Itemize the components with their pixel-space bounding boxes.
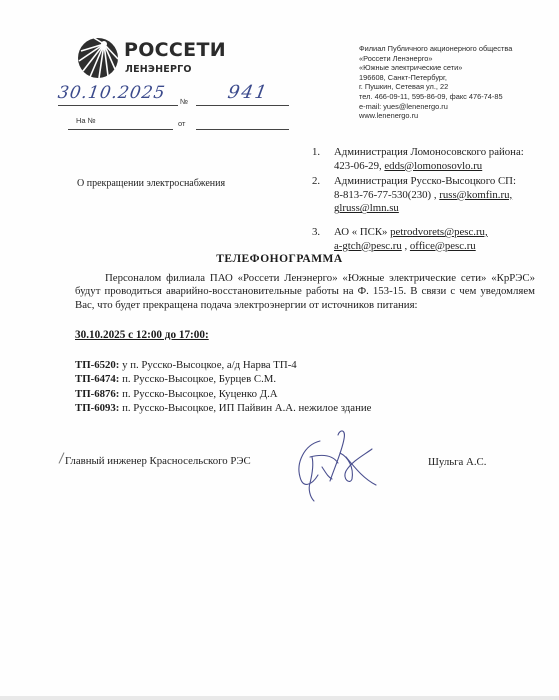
page-bottom-edge <box>0 696 559 700</box>
subject-line: О прекращении электроснабжения <box>77 178 225 189</box>
sender-line: 196608, Санкт-Петербург, <box>359 73 549 83</box>
substation-item: ТП-6520: у п. Русско-Высоцкое, а/д Нарва… <box>75 358 371 372</box>
in-reply-label: На № <box>76 116 96 125</box>
document-title: ТЕЛЕФОНОГРАММА <box>0 253 559 265</box>
handwritten-number: 941 <box>226 82 270 103</box>
body-paragraph: Персоналом филиала ПАО «Россети Ленэнерг… <box>75 272 535 312</box>
recipient-item: 2. Администрация Русско-Высоцкого СП: 8-… <box>312 175 542 216</box>
date-underline <box>58 105 178 106</box>
number-label: № <box>180 97 188 106</box>
sender-line: «Южные электрические сети» <box>359 63 549 73</box>
email-link[interactable]: russ@komfin.ru, <box>439 189 512 201</box>
substation-item: ТП-6093: п. Русско-Высоцкое, ИП Пайвин А… <box>75 401 371 415</box>
document-page: РОССЕТИ ЛЕНЭНЕРГО Филиал Публичного акци… <box>0 0 559 696</box>
outage-time: 30.10.2025 с 12:00 до 17:00: <box>75 329 209 341</box>
substation-list: ТП-6520: у п. Русско-Высоцкое, а/д Нарва… <box>75 358 371 415</box>
in-reply-underline <box>68 129 173 130</box>
email-link[interactable]: office@pesc.ru <box>410 240 476 252</box>
sender-website: www.lenenergo.ru <box>359 111 549 121</box>
from-label: от <box>178 119 185 128</box>
email-link[interactable]: petrodvorets@pesc.ru, <box>390 226 488 238</box>
sender-line: Филиал Публичного акционерного общества <box>359 44 549 54</box>
sender-address: Филиал Публичного акционерного общества … <box>359 44 549 121</box>
company-logo: РОССЕТИ ЛЕНЭНЕРГО <box>77 37 277 83</box>
logo-name: РОССЕТИ <box>124 39 226 61</box>
signer-role: Главный инженер Красносельского РЭС <box>65 455 251 467</box>
number-underline <box>196 105 289 106</box>
sender-line: г. Пушкин, Сетевая ул., 22 <box>359 82 549 92</box>
recipients-list: 1. Администрация Ломоносовского района: … <box>312 146 542 255</box>
email-link[interactable]: a-gtch@pesc.ru <box>334 240 402 252</box>
email-link[interactable]: edds@lomonosovlo.ru <box>384 160 482 172</box>
logo-subname: ЛЕНЭНЕРГО <box>125 64 192 75</box>
handwritten-signature <box>290 427 390 502</box>
sender-email: e-mail: yues@lenenergo.ru <box>359 102 549 112</box>
rosseti-globe-logo-icon <box>77 37 119 79</box>
substation-item: ТП-6474: п. Русско-Высоцкое, Бурцев С.М. <box>75 372 371 386</box>
handwritten-date: 30.10.2025 <box>57 83 167 103</box>
recipient-item: 3. АО « ПСК» petrodvorets@pesc.ru, a-gtc… <box>312 226 542 253</box>
signer-name: Шульга А.С. <box>428 456 486 468</box>
email-link[interactable]: glruss@lmn.su <box>334 202 399 214</box>
sender-line: «Россети Ленэнерго» <box>359 54 549 64</box>
substation-item: ТП-6876: п. Русско-Высоцкое, Куценко Д.А <box>75 387 371 401</box>
signature-mark <box>59 452 65 463</box>
from-underline <box>196 129 289 130</box>
sender-line: тел. 466-09-11, 595-86-09, факс 476-74-8… <box>359 92 549 102</box>
recipient-item: 1. Администрация Ломоносовского района: … <box>312 146 542 173</box>
